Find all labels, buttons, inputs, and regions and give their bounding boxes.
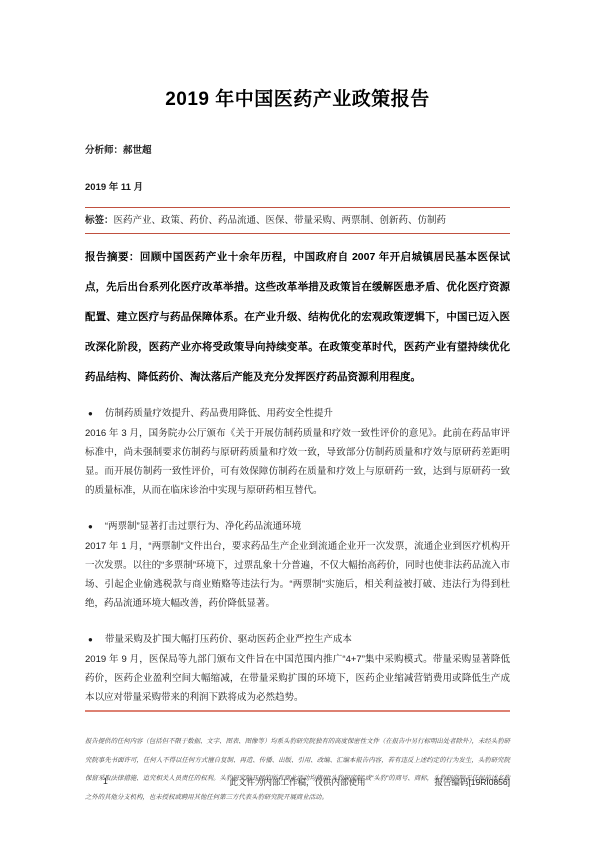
page-footer: 1 此文件为内部工作稿，仅供内部使用 报告编码[19RI0856] [85, 776, 510, 790]
section-heading: ● “两票制”显著打击过票行为、净化药品流通环境 [85, 519, 510, 534]
tags-row: 标签：医药产业、政策、药价、药品流通、医保、带量采购、两票制、创新药、仿制药 [85, 208, 510, 233]
legal-disclaimer: 报告提供的任何内容（包括但不限于数据、文字、图表、图像等）均系头豹研究院独有的高… [85, 733, 510, 807]
divider-bottom [85, 710, 510, 712]
tags-label: 标签： [85, 215, 114, 226]
section-heading: ● 仿制药质量疗效提升、药品费用降低、用药安全性提升 [85, 406, 510, 421]
section-generic-drugs: ● 仿制药质量疗效提升、药品费用降低、用药安全性提升 2016 年 3 月，国务… [85, 406, 510, 500]
divider-tags [85, 233, 510, 234]
section-list: ● 仿制药质量疗效提升、药品费用降低、用药安全性提升 2016 年 3 月，国务… [85, 406, 510, 707]
summary-text: 回顾中国医药产业十余年历程，中国政府自 2007 年开启城镇居民基本医保试点，先… [85, 251, 510, 383]
report-date: 2019 年 11 月 [85, 179, 510, 193]
bullet-icon: ● [88, 519, 93, 534]
report-page: 2019 年中国医药产业政策报告 分析师：郝世超 2019 年 11 月 标签：… [0, 0, 595, 842]
section-body: 2019 年 9 月，医保局等九部门颁布文件旨在中国范围内推广“4+7”集中采购… [85, 650, 510, 707]
page-title: 2019 年中国医药产业政策报告 [85, 0, 510, 111]
tags-list: 医药产业、政策、药价、药品流通、医保、带量采购、两票制、创新药、仿制药 [114, 215, 447, 226]
section-heading-text: 仿制药质量疗效提升、药品费用降低、用药安全性提升 [105, 406, 333, 421]
analyst-line: 分析师：郝世超 [85, 142, 510, 156]
page-content: 2019 年中国医药产业政策报告 分析师：郝世超 2019 年 11 月 标签：… [0, 0, 595, 807]
section-volume-procurement: ● 带量采购及扩围大幅打压药价、驱动医药企业严控生产成本 2019 年 9 月，… [85, 632, 510, 707]
bullet-icon: ● [88, 632, 93, 647]
summary-label: 报告摘要： [85, 251, 140, 263]
section-body: 2016 年 3 月，国务院办公厅颁布《关于开展仿制药质量和疗效一致性评价的意见… [85, 424, 510, 500]
report-summary: 报告摘要：回顾中国医药产业十余年历程，中国政府自 2007 年开启城镇居民基本医… [85, 242, 510, 392]
footer-report-code: 报告编码[19RI0856] [434, 776, 510, 788]
bullet-icon: ● [88, 406, 93, 421]
section-heading: ● 带量采购及扩围大幅打压药价、驱动医药企业严控生产成本 [85, 632, 510, 647]
section-body: 2017 年 1 月，“两票制”文件出台，要求药品生产企业到流通企业开一次发票，… [85, 537, 510, 613]
section-heading-text: “两票制”显著打击过票行为、净化药品流通环境 [105, 519, 301, 534]
section-two-invoice: ● “两票制”显著打击过票行为、净化药品流通环境 2017 年 1 月，“两票制… [85, 519, 510, 613]
section-heading-text: 带量采购及扩围大幅打压药价、驱动医药企业严控生产成本 [105, 632, 352, 647]
